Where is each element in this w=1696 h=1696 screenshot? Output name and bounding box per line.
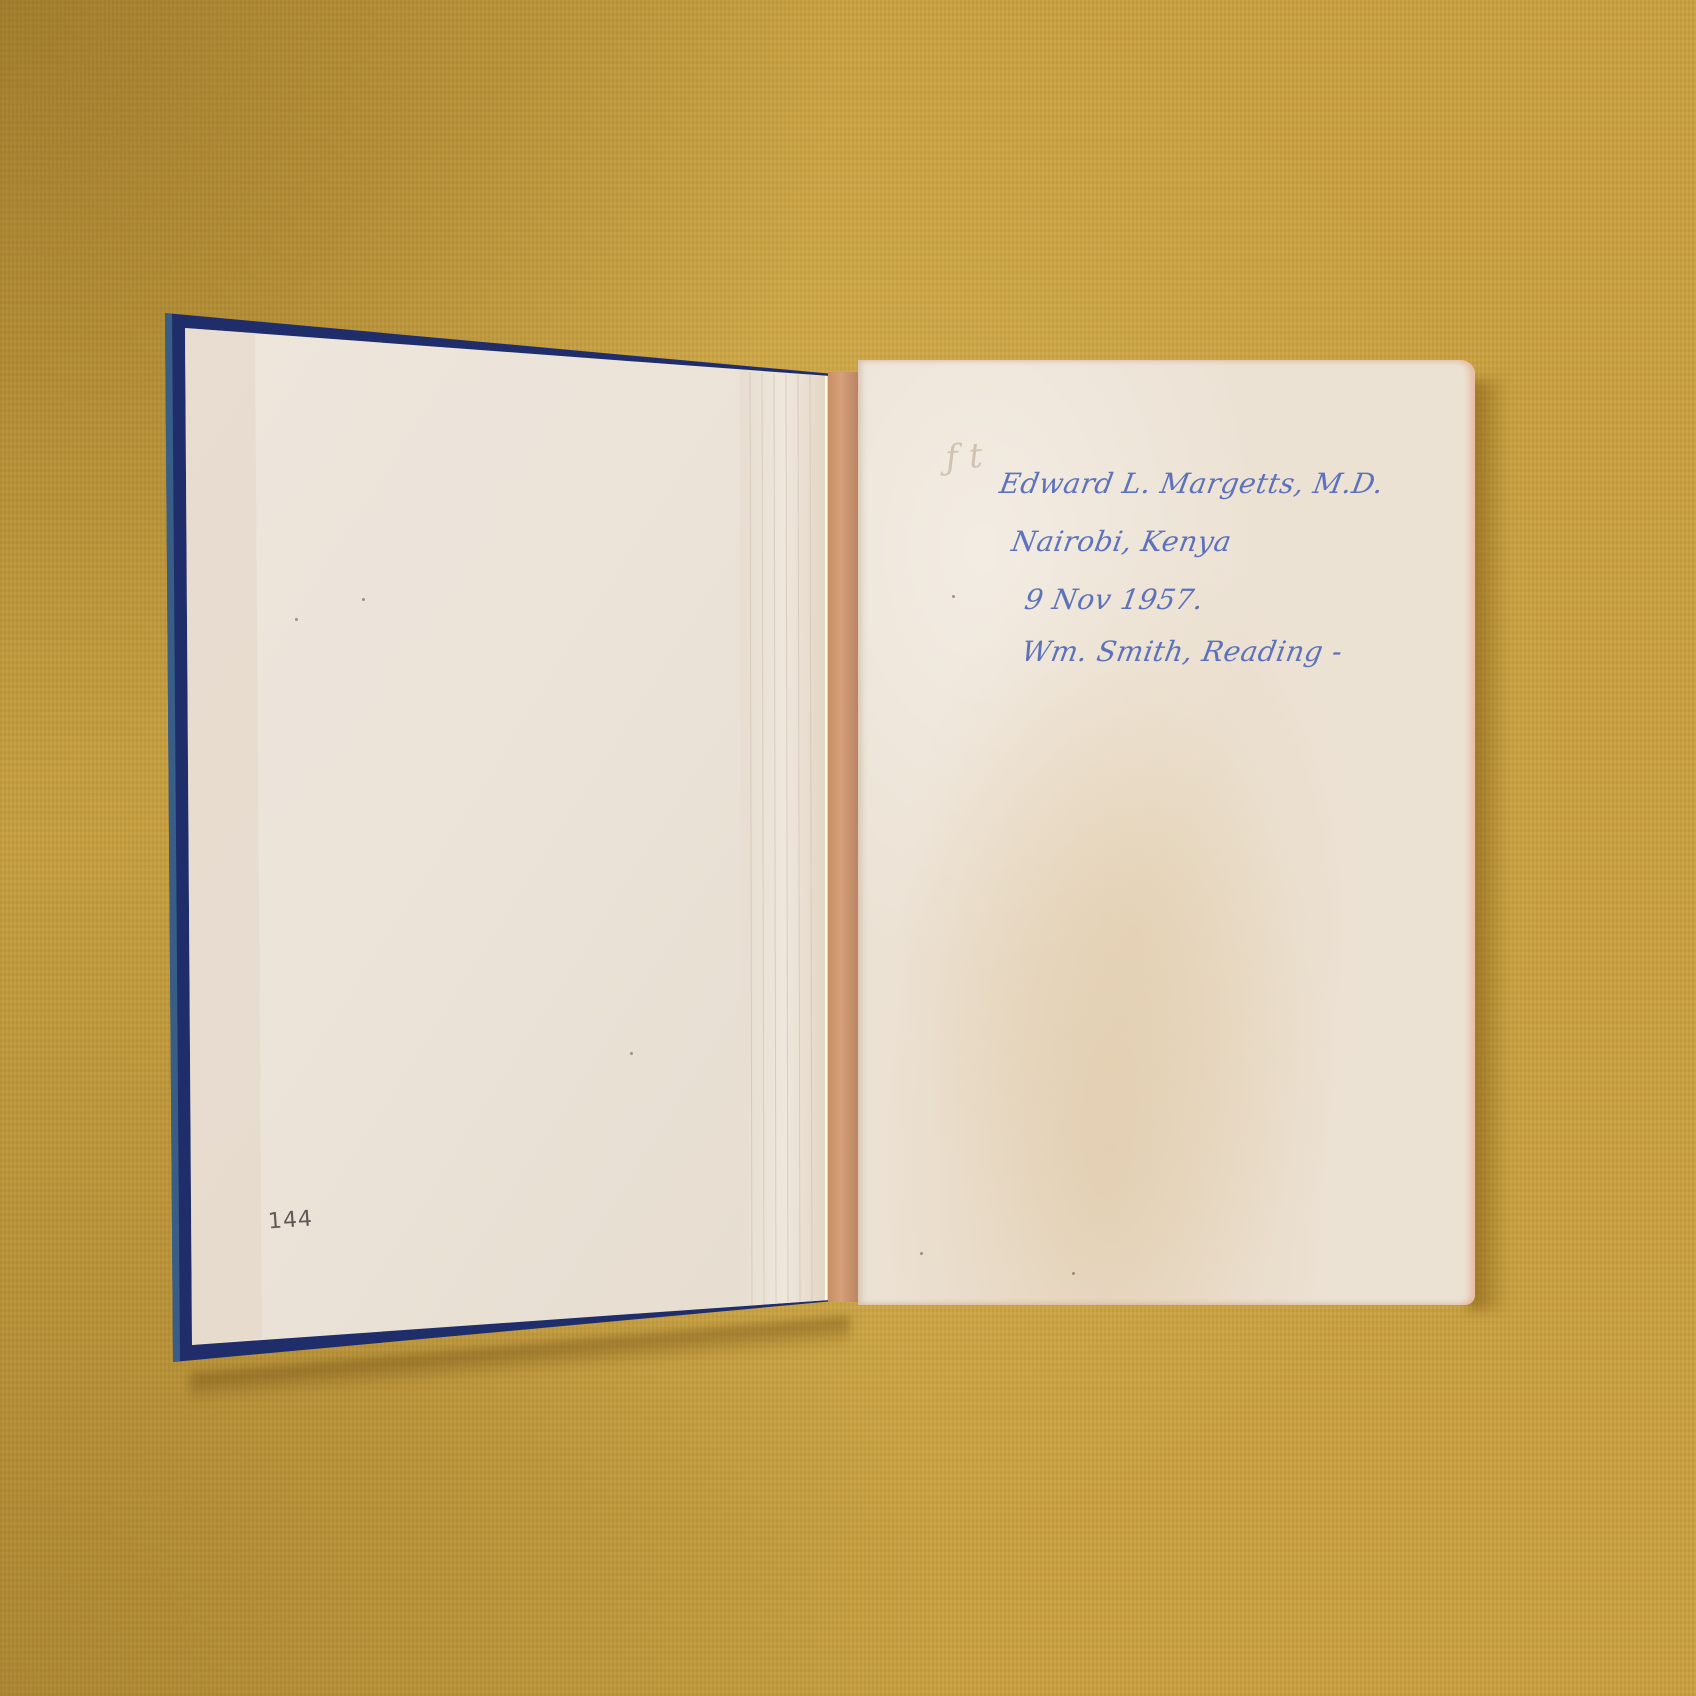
inscription-line-bookseller: Wm. Smith, Reading -: [1019, 635, 1345, 668]
book-gutter: [828, 372, 860, 1302]
paper-speck: [630, 1052, 633, 1055]
inscription-line-name: Edward L. Margetts, M.D.: [997, 467, 1386, 500]
paper-speck: [362, 598, 365, 601]
paper-speck: [920, 1252, 923, 1255]
inscription-line-place: Nairobi, Kenya: [1009, 525, 1234, 558]
ink-inscription: Edward L. Margetts, M.D. Nairobi, Kenya …: [1000, 455, 1420, 685]
paper-speck: [295, 618, 298, 621]
paper-speck: [1072, 1272, 1075, 1275]
paper-speck: [952, 595, 955, 598]
pencil-page-number: 144: [267, 1206, 314, 1234]
inscription-line-date: 9 Nov 1957.: [1022, 583, 1206, 616]
